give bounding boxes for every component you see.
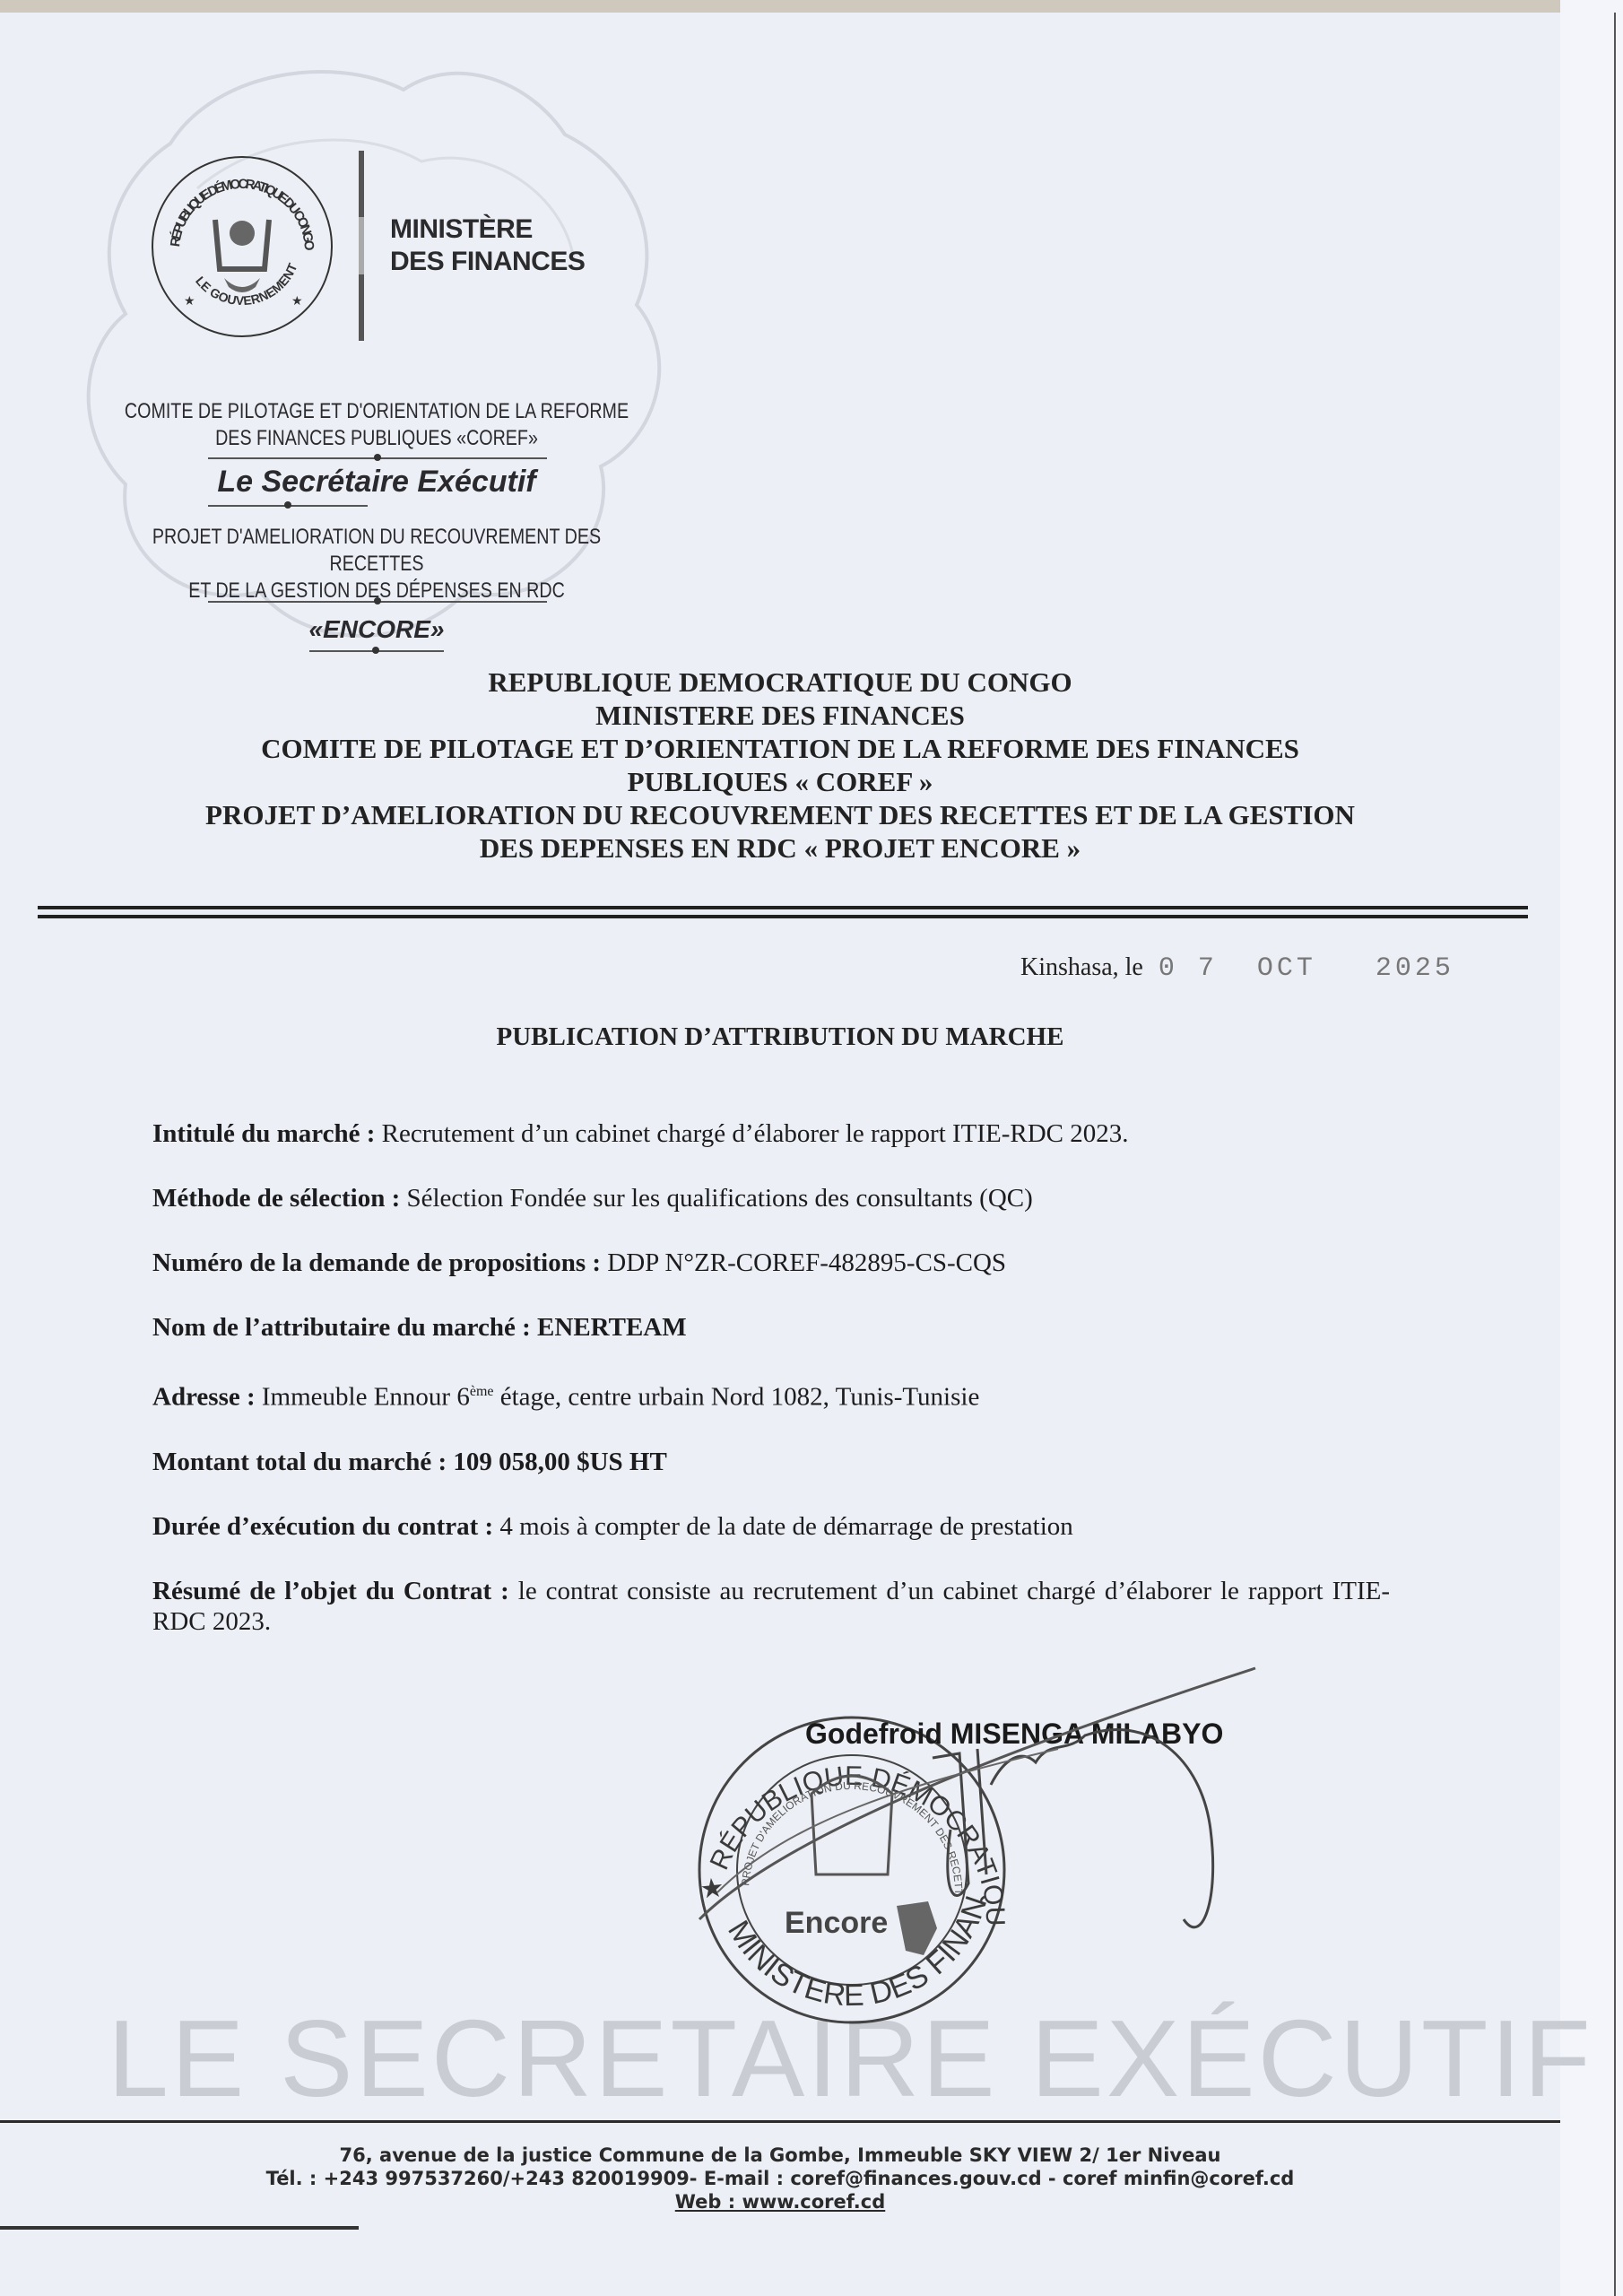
date-line: Kinshasa, le 0 7 OCT 2025 <box>1020 953 1454 984</box>
footer-contact: 76, avenue de la justice Commune de la G… <box>0 2144 1560 2213</box>
field-value-post: étage, centre urbain Nord 1082, Tunis-Tu… <box>494 1383 980 1412</box>
scan-top-edge <box>0 0 1623 13</box>
field-value: 4 mois à compter de la date de démarrage… <box>499 1512 1072 1541</box>
date-stamp: 0 7 OCT 2025 <box>1159 953 1454 984</box>
header-line-5: PROJET D’AMELIORATION DU RECOUVREMENT DE… <box>126 798 1435 831</box>
field-value: Sélection Fondée sur les qualifications … <box>407 1184 1033 1213</box>
field-value: ENERTEAM <box>537 1313 687 1342</box>
field-value: Recrutement d’un cabinet chargé d’élabor… <box>382 1119 1129 1148</box>
field-summary: Résumé de l’objet du Contrat : le contra… <box>152 1576 1390 1637</box>
document-header: REPUBLIQUE DEMOCRATIQUE DU CONGO MINISTE… <box>126 665 1435 865</box>
footer-website: Web : www.coref.cd <box>0 2190 1560 2213</box>
svg-text:★: ★ <box>291 295 303 309</box>
header-line-1: REPUBLIQUE DEMOCRATIQUE DU CONGO <box>126 665 1435 699</box>
project-short-name: «ENCORE» <box>63 615 690 644</box>
committee-line-1: COMITE DE PILOTAGE ET D'ORIENTATION DE L… <box>119 398 634 425</box>
field-address: Adresse : Immeuble Ennour 6ème étage, ce… <box>152 1377 1390 1413</box>
footer-contact-line: Tél. : +243 997537260/+243 820019909- E-… <box>0 2167 1560 2190</box>
project-line-1: PROJET D'AMELIORATION DU RECOUVREMENT DE… <box>119 524 634 578</box>
date-prefix: Kinshasa, le <box>1020 953 1143 981</box>
field-label: Montant total du marché : <box>152 1448 447 1476</box>
footer-rule-left <box>0 2226 359 2230</box>
ministry-line-2: DES FINANCES <box>390 246 585 278</box>
ministry-line-1: MINISTÈRE <box>390 213 585 246</box>
field-duration: Durée d’exécution du contrat : 4 mois à … <box>152 1511 1390 1542</box>
field-awardee: Nom de l’attributaire du marché : ENERTE… <box>152 1312 1390 1343</box>
ornament-divider <box>208 457 547 459</box>
handwritten-signature <box>681 1650 1264 2009</box>
field-value-pre: Immeuble Ennour 6 <box>262 1383 470 1412</box>
ornament-divider <box>309 650 444 652</box>
field-label: Numéro de la demande de propositions : <box>152 1248 601 1277</box>
ornament-divider <box>208 601 547 603</box>
project-heading: PROJET D'AMELIORATION DU RECOUVREMENT DE… <box>119 524 634 604</box>
header-line-2: MINISTERE DES FINANCES <box>126 699 1435 732</box>
field-label: Résumé de l’objet du Contrat : <box>152 1577 509 1605</box>
role-title: Le Secrétaire Exécutif <box>63 465 690 500</box>
field-value: DDP N°ZR-COREF-482895-CS-CQS <box>607 1248 1006 1277</box>
svg-text:★: ★ <box>184 295 195 309</box>
field-value-sup: ème <box>470 1384 494 1399</box>
header-line-3: COMITE DE PILOTAGE ET D’ORIENTATION DE L… <box>126 732 1435 765</box>
scan-edge-line <box>1614 13 1616 2296</box>
field-label: Nom de l’attributaire du marché : <box>152 1313 531 1342</box>
field-value: 109 058,00 $US HT <box>453 1448 666 1476</box>
letterhead-divider <box>359 151 364 341</box>
footer-address: 76, avenue de la justice Commune de la G… <box>0 2144 1560 2167</box>
committee-line-2: DES FINANCES PUBLIQUES «COREF» <box>119 425 634 452</box>
header-rule-top <box>38 906 1528 909</box>
header-line-6: DES DEPENSES EN RDC « PROJET ENCORE » <box>126 831 1435 865</box>
award-details: Intitulé du marché : Recrutement d’un ca… <box>152 1118 1390 1671</box>
government-seal-icon: RÉPUBLIQUE DÉMOCRATIQUE DU CONGO LE GOUV… <box>148 152 336 341</box>
header-rule-bottom <box>38 915 1528 918</box>
field-label: Intitulé du marché : <box>152 1119 375 1148</box>
field-label: Méthode de sélection : <box>152 1184 400 1213</box>
field-label: Durée d’exécution du contrat : <box>152 1512 493 1541</box>
field-selection-method: Méthode de sélection : Sélection Fondée … <box>152 1183 1390 1213</box>
header-line-4: PUBLIQUES « COREF » <box>126 765 1435 798</box>
field-total-amount: Montant total du marché : 109 058,00 $US… <box>152 1447 1390 1477</box>
field-label: Adresse : <box>152 1383 256 1412</box>
field-contract-title: Intitulé du marché : Recrutement d’un ca… <box>152 1118 1390 1149</box>
field-rfp-number: Numéro de la demande de propositions : D… <box>152 1248 1390 1278</box>
ministry-name: MINISTÈRE DES FINANCES <box>390 213 585 278</box>
committee-heading: COMITE DE PILOTAGE ET D'ORIENTATION DE L… <box>119 398 634 452</box>
footer-rule <box>0 2120 1560 2123</box>
publication-title: PUBLICATION D’ATTRIBUTION DU MARCHE <box>0 1022 1560 1052</box>
ornament-divider <box>208 505 368 507</box>
